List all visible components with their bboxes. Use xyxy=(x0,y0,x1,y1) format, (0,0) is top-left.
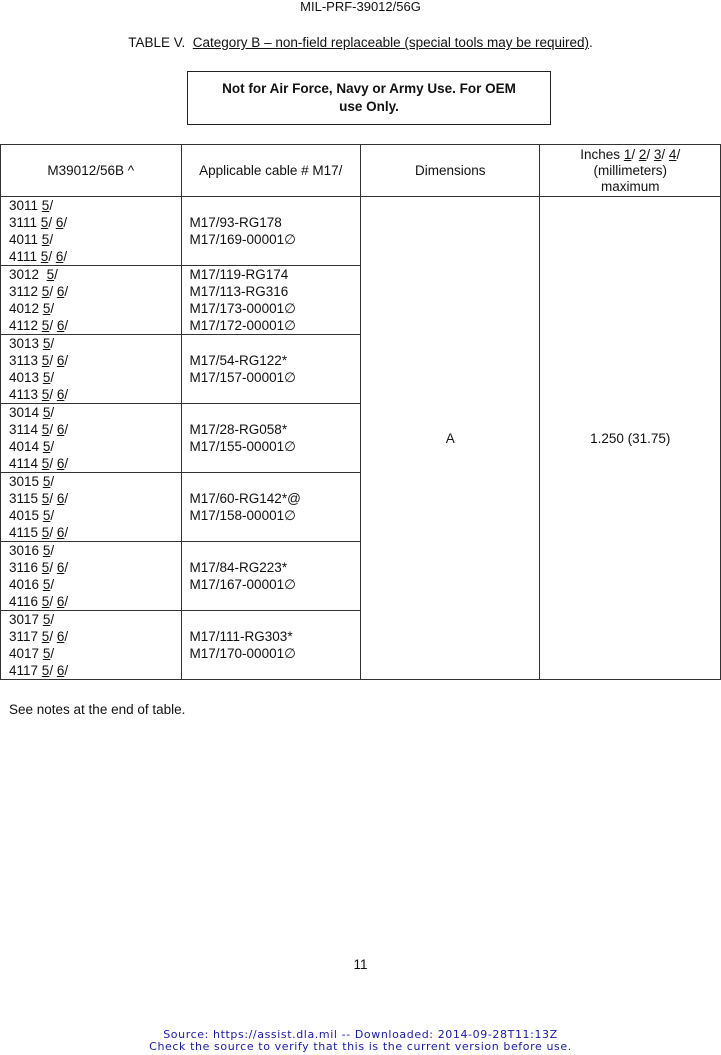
part-number: 4013 5/ xyxy=(9,369,181,386)
note-ref: 5 xyxy=(42,456,50,471)
cable-number: M17/54-RG122* xyxy=(190,352,360,369)
table-caption-period: . xyxy=(589,35,593,50)
note-ref: 5 xyxy=(41,215,49,230)
part-number-cell: 3013 5/3113 5/ 6/4013 5/4113 5/ 6/ xyxy=(1,335,182,404)
note-ref: 6 xyxy=(57,284,65,299)
note-ref: 5 xyxy=(42,232,50,247)
note-ref: 5 xyxy=(43,508,51,523)
part-number-value: 3111 xyxy=(9,215,37,230)
note-ref: 6 xyxy=(57,318,65,333)
note-ref: 1 xyxy=(624,147,632,162)
note-ref: 5 xyxy=(42,560,50,575)
header-inches: Inches 1/ 2/ 3/ 4/ (millimeters) maximum xyxy=(540,145,721,197)
cable-number: M17/172-00001∅ xyxy=(190,317,360,334)
part-number: 3116 5/ 6/ xyxy=(9,559,181,576)
part-number: 3113 5/ 6/ xyxy=(9,352,181,369)
part-number: 3013 5/ xyxy=(9,335,181,352)
cable-number: M17/84-RG223* xyxy=(190,559,360,576)
note-ref: 6 xyxy=(57,560,65,575)
part-number: 3017 5/ xyxy=(9,611,181,628)
part-number-value: 4113 xyxy=(9,387,38,402)
notice-line-2: use Only. xyxy=(188,98,550,116)
cable-number: M17/158-00001∅ xyxy=(190,507,360,524)
note-ref: 5 xyxy=(43,543,51,558)
inches-units: (millimeters) xyxy=(540,163,720,179)
header-part-number: M39012/56B ^ xyxy=(1,145,182,197)
note-ref: 6 xyxy=(56,215,64,230)
note-ref: 5 xyxy=(43,370,51,385)
note-ref: 5 xyxy=(41,249,49,264)
note-ref: 6 xyxy=(57,629,65,644)
note-ref: 5 xyxy=(42,629,50,644)
part-number-cell: 3012 5/3112 5/ 6/4012 5/4112 5/ 6/ xyxy=(1,266,182,335)
note-ref: 5 xyxy=(43,474,51,489)
part-number-value: 4114 xyxy=(9,456,38,471)
note-ref: 5 xyxy=(42,525,50,540)
part-number: 4117 5/ 6/ xyxy=(9,662,181,679)
part-number-value: 4017 xyxy=(9,646,39,661)
part-number: 4113 5/ 6/ xyxy=(9,386,181,403)
cable-cell: M17/28-RG058*M17/155-00001∅ xyxy=(181,404,360,473)
note-ref: 6 xyxy=(57,525,65,540)
cable-cell: M17/111-RG303*M17/170-00001∅ xyxy=(181,611,360,680)
part-number-cell: 3011 5/3111 5/ 6/4011 5/4111 5/ 6/ xyxy=(1,197,182,266)
part-number-value: 3016 xyxy=(9,543,39,558)
cable-cell: M17/84-RG223*M17/167-00001∅ xyxy=(181,542,360,611)
part-number-value: 3114 xyxy=(9,422,38,437)
part-number-value: 3115 xyxy=(9,491,38,506)
part-number: 4016 5/ xyxy=(9,576,181,593)
cable-cell: M17/60-RG142*@M17/158-00001∅ xyxy=(181,473,360,542)
table-header-row: M39012/56B ^ Applicable cable # M17/ Dim… xyxy=(1,145,721,197)
part-number: 3112 5/ 6/ xyxy=(9,283,181,300)
part-number: 4115 5/ 6/ xyxy=(9,524,181,541)
note-ref: 2 xyxy=(639,147,647,162)
part-number-value: 4016 xyxy=(9,577,39,592)
note-ref: 5 xyxy=(43,439,51,454)
part-number: 4015 5/ xyxy=(9,507,181,524)
note-ref: 5 xyxy=(42,284,50,299)
part-number: 4011 5/ xyxy=(9,231,181,248)
note-ref: 6 xyxy=(57,387,65,402)
part-number-value: 4013 xyxy=(9,370,39,385)
table-caption: Category B – non-field replaceable (spec… xyxy=(193,35,589,50)
part-number: 4116 5/ 6/ xyxy=(9,593,181,610)
part-number: 4112 5/ 6/ xyxy=(9,317,181,334)
cable-number: M17/155-00001∅ xyxy=(190,438,360,455)
part-number-value: 4115 xyxy=(9,525,38,540)
note-ref: 6 xyxy=(56,249,64,264)
part-number-value: 4011 xyxy=(9,232,38,247)
part-number-value: 3013 xyxy=(9,336,39,351)
note-ref: 5 xyxy=(42,353,50,368)
part-number-value: 3116 xyxy=(9,560,38,575)
part-number: 3016 5/ xyxy=(9,542,181,559)
note-ref: 5 xyxy=(43,405,51,420)
note-ref: 6 xyxy=(57,663,65,678)
part-number: 3012 5/ xyxy=(9,266,181,283)
part-number: 3114 5/ 6/ xyxy=(9,421,181,438)
part-number: 4111 5/ 6/ xyxy=(9,248,181,265)
cable-number: M17/157-00001∅ xyxy=(190,369,360,386)
note-ref: 5 xyxy=(43,577,51,592)
note-ref: 6 xyxy=(57,422,65,437)
table-number: TABLE V. xyxy=(128,35,185,50)
part-number: 3011 5/ xyxy=(9,197,181,214)
part-number-value: 3113 xyxy=(9,353,38,368)
cable-cell: M17/54-RG122*M17/157-00001∅ xyxy=(181,335,360,404)
part-number-value: 4117 xyxy=(9,663,38,678)
part-number-value: 4112 xyxy=(9,318,38,333)
note-ref: 5 xyxy=(43,336,51,351)
part-number-value: 3012 xyxy=(9,267,43,282)
cable-number: M17/28-RG058* xyxy=(190,421,360,438)
part-number-value: 4014 xyxy=(9,439,39,454)
note-ref: 5 xyxy=(42,491,50,506)
cable-number: M17/170-00001∅ xyxy=(190,645,360,662)
cable-number: M17/173-00001∅ xyxy=(190,300,360,317)
part-number: 3117 5/ 6/ xyxy=(9,628,181,645)
header-cable: Applicable cable # M17/ xyxy=(181,145,360,197)
oem-notice-box: Not for Air Force, Navy or Army Use. For… xyxy=(187,71,551,125)
note-ref: 5 xyxy=(43,646,51,661)
part-number: 4017 5/ xyxy=(9,645,181,662)
cable-number: M17/169-00001∅ xyxy=(190,231,360,248)
note-ref: 5 xyxy=(42,663,50,678)
cable-number: M17/167-00001∅ xyxy=(190,576,360,593)
note-ref: 3 xyxy=(654,147,662,162)
see-notes-text: See notes at the end of table. xyxy=(9,702,185,717)
note-ref: 6 xyxy=(57,353,65,368)
cable-number: M17/60-RG142*@ xyxy=(190,490,360,507)
cable-cell: M17/93-RG178M17/169-00001∅ xyxy=(181,197,360,266)
dimension-cell: A xyxy=(361,197,540,680)
note-ref: 6 xyxy=(57,491,65,506)
cable-cell: M17/119-RG174M17/113-RG316M17/173-00001∅… xyxy=(181,266,360,335)
part-number-cell: 3017 5/3117 5/ 6/4017 5/4117 5/ 6/ xyxy=(1,611,182,680)
category-b-table: M39012/56B ^ Applicable cable # M17/ Dim… xyxy=(0,144,721,680)
table-row: 3011 5/3111 5/ 6/4011 5/4111 5/ 6/M17/93… xyxy=(1,197,721,266)
note-ref: 5 xyxy=(42,198,50,213)
part-number-value: 3015 xyxy=(9,474,39,489)
part-number-value: 4015 xyxy=(9,508,39,523)
part-number: 4014 5/ xyxy=(9,438,181,455)
part-number-cell: 3016 5/3116 5/ 6/4016 5/4116 5/ 6/ xyxy=(1,542,182,611)
note-ref: 5 xyxy=(42,387,50,402)
cable-number: M17/93-RG178 xyxy=(190,214,360,231)
part-number-cell: 3014 5/3114 5/ 6/4014 5/4114 5/ 6/ xyxy=(1,404,182,473)
note-ref: 6 xyxy=(57,456,65,471)
note-ref: 5 xyxy=(42,422,50,437)
source-footer: Source: https://assist.dla.mil -- Downlo… xyxy=(0,1029,721,1053)
part-number: 3111 5/ 6/ xyxy=(9,214,181,231)
cable-number: M17/111-RG303* xyxy=(190,628,360,645)
note-ref: 5 xyxy=(42,318,50,333)
part-number-value: 3011 xyxy=(9,198,38,213)
part-number: 4012 5/ xyxy=(9,300,181,317)
part-number-cell: 3015 5/3115 5/ 6/4015 5/4115 5/ 6/ xyxy=(1,473,182,542)
note-ref: 6 xyxy=(57,594,65,609)
part-number-value: 3017 xyxy=(9,612,39,627)
note-ref: 5 xyxy=(47,267,55,282)
footer-verify-line: Check the source to verify that this is … xyxy=(0,1041,721,1053)
part-number: 4114 5/ 6/ xyxy=(9,455,181,472)
part-number-value: 3117 xyxy=(9,629,38,644)
cable-number: M17/119-RG174 xyxy=(190,266,360,283)
page-number: 11 xyxy=(0,957,721,972)
header-dimensions: Dimensions xyxy=(361,145,540,197)
note-ref: 5 xyxy=(43,612,51,627)
note-ref: 5 xyxy=(43,301,51,316)
part-number: 3015 5/ xyxy=(9,473,181,490)
notice-line-1: Not for Air Force, Navy or Army Use. For… xyxy=(188,80,550,98)
part-number: 3014 5/ xyxy=(9,404,181,421)
part-number: 3115 5/ 6/ xyxy=(9,490,181,507)
part-number-value: 3112 xyxy=(9,284,38,299)
part-number-value: 4012 xyxy=(9,301,39,316)
max-dimension-cell: 1.250 (31.75) xyxy=(540,197,721,680)
document-id: MIL-PRF-39012/56G xyxy=(0,0,721,14)
part-number-value: 3014 xyxy=(9,405,39,420)
cable-number: M17/113-RG316 xyxy=(190,283,360,300)
note-ref: 4 xyxy=(669,147,677,162)
part-number-value: 4111 xyxy=(9,249,37,264)
note-ref: 5 xyxy=(42,594,50,609)
inches-qualifier: maximum xyxy=(540,179,720,195)
part-number-value: 4116 xyxy=(9,594,38,609)
inches-label: Inches xyxy=(580,147,620,162)
table-title: TABLE V. Category B – non-field replacea… xyxy=(0,35,721,50)
